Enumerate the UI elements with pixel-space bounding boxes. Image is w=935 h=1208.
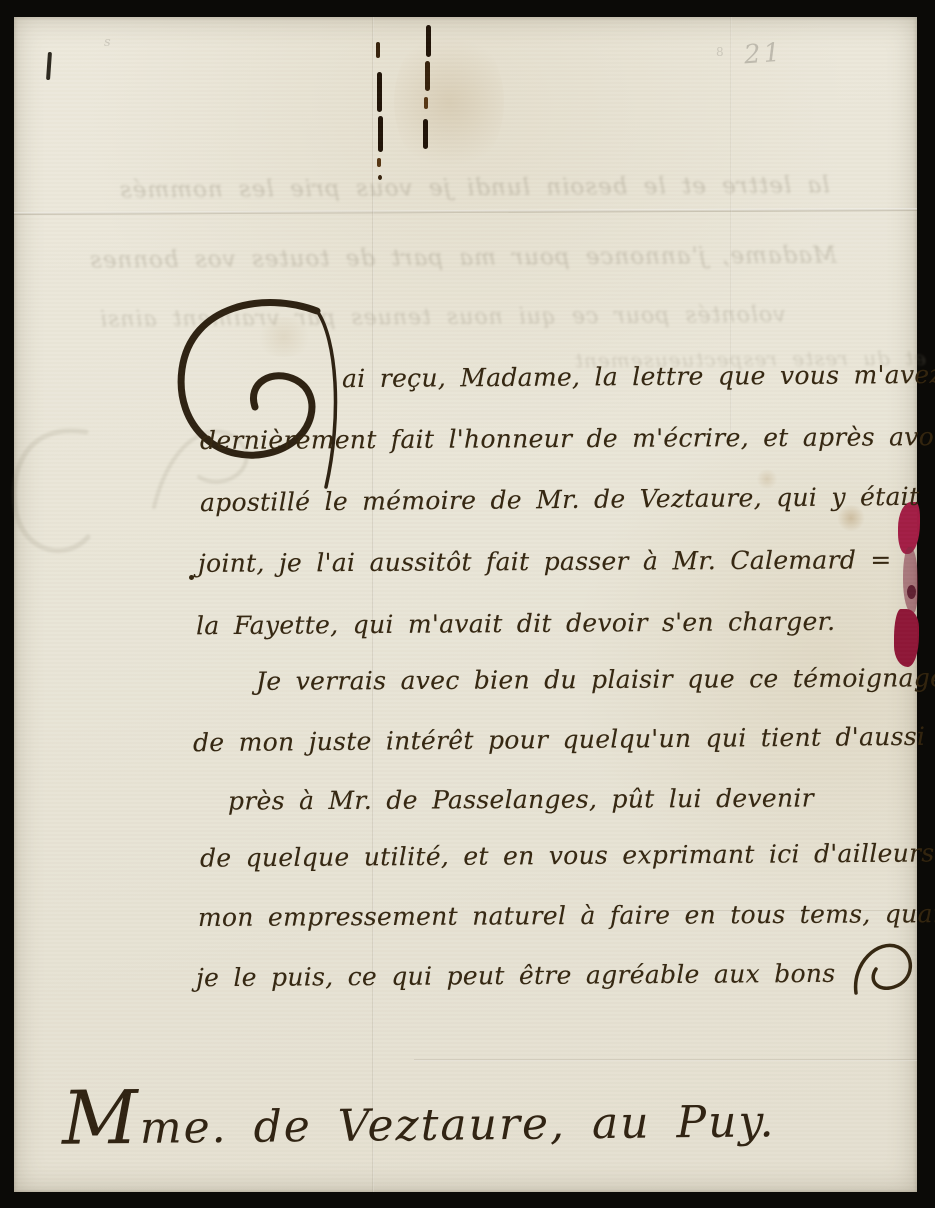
- letter-line: apostillé le mémoire de Mr. de Veztaure,…: [200, 482, 920, 517]
- ink-blot: [376, 42, 380, 58]
- letter-line: Je verrais avec bien du plaisir que ce t…: [256, 663, 935, 696]
- fold-crease-vertical-center: [372, 17, 374, 1192]
- letter-line: joint, je l'ai aussitôt fait passer à Mr…: [198, 545, 892, 578]
- pencil-mark-s: s: [104, 35, 111, 50]
- ink-blot: [377, 72, 382, 112]
- fold-crease-horizontal-bottom: [414, 1059, 917, 1061]
- ink-blot: [425, 61, 430, 91]
- ink-blot: [426, 25, 431, 57]
- ink-blot: [424, 97, 428, 109]
- ink-blot: [378, 175, 382, 180]
- ink-blot: [423, 119, 428, 149]
- letter-line: de mon juste intérêt pour quelqu'un qui …: [193, 722, 925, 757]
- folio-number-ink: [46, 52, 52, 80]
- calligraphic-initial-J: [169, 297, 354, 497]
- fold-crease-horizontal-top: [14, 208, 917, 215]
- pencil-mark-8: 8: [716, 45, 724, 59]
- pencil-number-21: 21: [743, 38, 784, 71]
- verso-showthrough-line: la lettre et le besoin lundi je vous pri…: [119, 173, 830, 204]
- ink-blot: [377, 158, 381, 167]
- letter-line: la Fayette, qui m'avait dit devoir s'en …: [196, 607, 836, 640]
- letter-line: je le puis, ce qui peut être agréable au…: [196, 959, 836, 992]
- wax-blob: [903, 547, 918, 613]
- verso-showthrough-flourish: [6, 417, 96, 567]
- closing-address: Mme. de Veztaure, au Puy.: [62, 1091, 776, 1154]
- paper-stain: [394, 27, 504, 177]
- wax-blob: [907, 585, 916, 599]
- letter-line: ai reçu, Madame, la lettre que vous m'av…: [342, 360, 935, 393]
- letter-line: dernièrement fait l'honneur de m'écrire,…: [200, 422, 935, 455]
- wax-blob: [894, 609, 919, 667]
- letter-paper: s 21 8 la lettre et le besoin lundi je v…: [14, 17, 917, 1192]
- ink-blot: [378, 116, 383, 152]
- end-of-paragraph-flourish: [850, 935, 920, 1015]
- letter-line: mon empressement naturel à faire en tous…: [198, 899, 935, 932]
- verso-showthrough-line: Madame, j'annonce pour ma part de toutes…: [89, 242, 837, 273]
- margin-ink-dot: [189, 575, 194, 580]
- letter-line: de quelque utilité, et en vous exprimant…: [200, 838, 935, 872]
- scanned-letter-page: s 21 8 la lettre et le besoin lundi je v…: [0, 0, 935, 1208]
- letter-line: près à Mr. de Passelanges, pût lui deven…: [228, 783, 814, 815]
